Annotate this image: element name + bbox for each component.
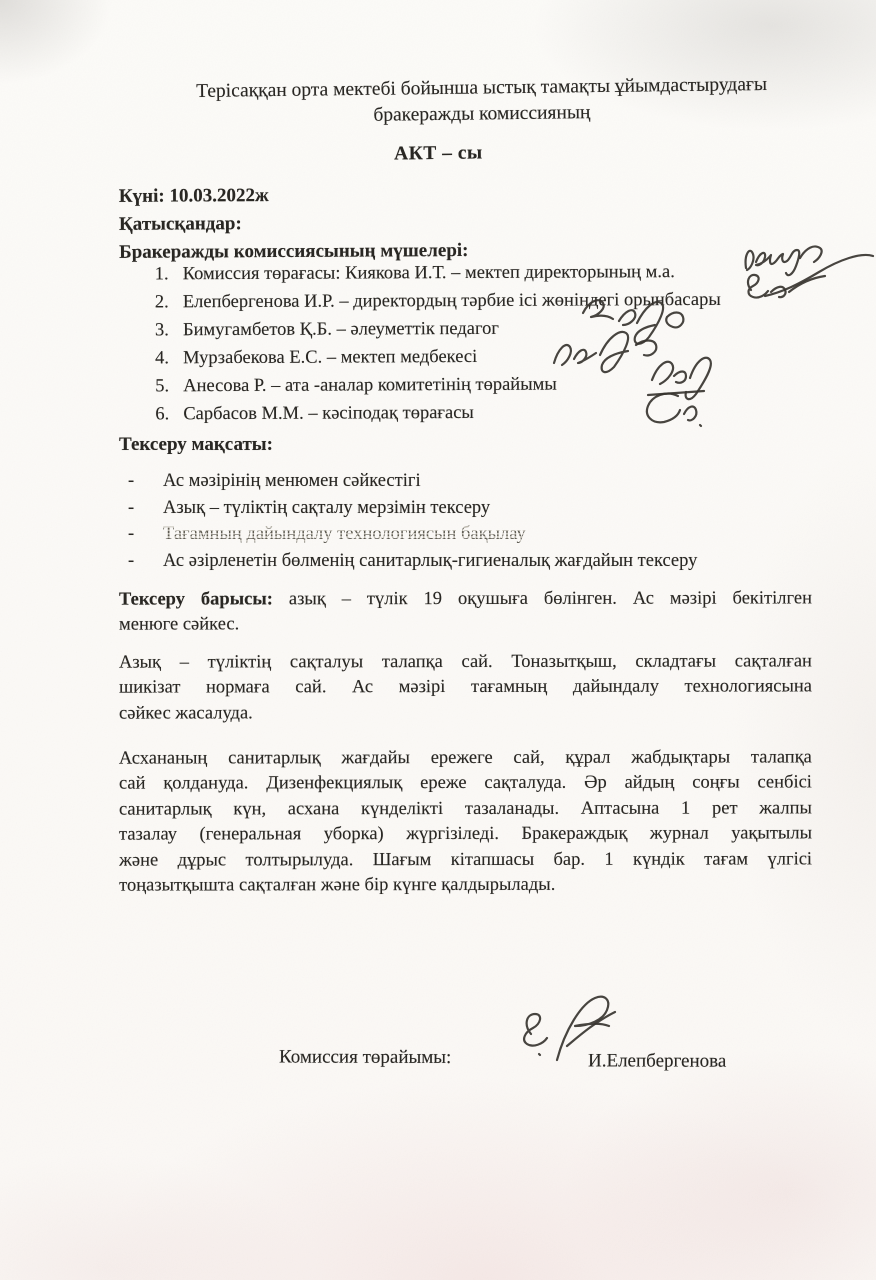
- paragraph-line: сай қолдануда. Дизенфекциялық ереже сақт…: [119, 771, 812, 798]
- purpose-label: Тексеру мақсаты:: [119, 432, 812, 458]
- member-row: 2. Елепбергенова И.Р. – директордың тәрб…: [119, 285, 812, 316]
- paragraph-line: тазалау (генеральная уборка) жүргізіледі…: [119, 822, 812, 849]
- members-list: 1. Комиссия төрағасы: Киякова И.Т. – мек…: [119, 257, 813, 428]
- sanitary-paragraph: Асхананың санитарлық жағдайы ережеге сай…: [119, 745, 812, 899]
- purpose-item-text: Ас мәзірінің менюмен сәйкестігі: [163, 468, 421, 495]
- bullet-dash: -: [119, 468, 163, 495]
- member-row: 5. Анесова Р. – ата -аналар комитетінің …: [119, 369, 812, 400]
- purpose-item-text-faded: Тағамның дайындалу технологиясын бақылау: [163, 521, 526, 548]
- progress-line: Тексеру барысы: азық – түлік 19 оқушыға …: [119, 586, 812, 613]
- member-text: Комиссия төрағасы: Киякова И.Т. – мектеп…: [183, 258, 675, 288]
- paragraph-line: санитарлық күн, асхана күнделікті тазала…: [119, 796, 812, 823]
- date-line: Күні: 10.03.2022ж: [119, 179, 812, 211]
- purpose-item-text: Ас әзірленетін бөлменің санитарлық-гигие…: [163, 548, 697, 575]
- member-text: Елепбергенова И.Р. – директордың тәрбие …: [183, 286, 721, 316]
- scanned-document-page: Терісаққан орта мектебі бойынша ыстық та…: [0, 0, 876, 1280]
- paragraph-line: тоңазытқышта сақталған және бір күнге қа…: [119, 872, 812, 899]
- document-content: Терісаққан орта мектебі бойынша ыстық та…: [0, 0, 876, 1087]
- paragraph-line: Асхананың санитарлық жағдайы ережеге сай…: [119, 745, 812, 772]
- member-row: 4. Мурзабекова Е.С. – мектеп медбекесі: [119, 341, 812, 372]
- purpose-item: - Ас әзірленетін бөлменің санитарлық-гиг…: [119, 548, 812, 575]
- purpose-item: - Тағамның дайындалу технологиясын бақыл…: [119, 521, 812, 548]
- bullet-dash: -: [119, 495, 163, 522]
- purpose-item: - Ас мәзірінің менюмен сәйкестігі: [119, 468, 812, 495]
- member-number: 2.: [155, 288, 183, 316]
- member-text: Анесова Р. – ата -аналар комитетінің төр…: [183, 371, 557, 401]
- member-number: 4.: [155, 344, 183, 372]
- member-text: Бимугамбетов Қ.Б. – әлеуметтік педагог: [183, 315, 499, 344]
- paragraph-line: сәйкес жасалуда.: [119, 700, 812, 727]
- purpose-item: - Азық – түліктің сақталу мерзімін тексе…: [119, 495, 812, 522]
- footer-name: И.Елепбергенова: [588, 1051, 726, 1073]
- member-row: 3. Бимугамбетов Қ.Б. – әлеуметтік педаго…: [119, 313, 812, 344]
- document-meta: Күні: 10.03.2022ж Қатысқандар: Бракеражд…: [119, 179, 812, 267]
- storage-paragraph: Азық – түліктің сақталуы талапқа сай. То…: [119, 649, 812, 726]
- member-number: 1.: [155, 260, 183, 288]
- progress-line: менюге сәйкес.: [119, 612, 812, 639]
- bullet-dash: -: [119, 548, 163, 575]
- participants-label: Қатысқандар:: [119, 207, 812, 239]
- signature-footer: Комиссия төрайымы: И.Елепбергенова: [119, 1047, 812, 1089]
- member-number: 3.: [155, 316, 183, 344]
- member-number: 5.: [155, 372, 183, 400]
- member-number: 6.: [155, 400, 183, 428]
- progress-label: Тексеру барысы:: [119, 589, 273, 609]
- member-row: 1. Комиссия төрағасы: Киякова И.Т. – мек…: [119, 257, 812, 288]
- progress-text: азық – түлік 19 оқушыға бөлінген. Ас мәз…: [273, 588, 812, 609]
- act-title: АКТ – сы: [88, 136, 876, 172]
- document-header: Терісаққан орта мектебі бойынша ыстық та…: [0, 71, 876, 173]
- paragraph-line: Азық – түліктің сақталуы талапқа сай. То…: [119, 649, 812, 676]
- footer-label: Комиссия төрайымы:: [279, 1047, 451, 1069]
- bullet-dash: -: [119, 521, 163, 548]
- member-text: Сарбасов М.М. – кәсіподақ төрағасы: [183, 399, 474, 428]
- paragraph-line: шикізат нормаға сай. Ас мәзірі тағамның …: [119, 675, 812, 702]
- purpose-item-text: Азық – түліктің сақталу мерзімін тексеру: [163, 495, 490, 522]
- progress-paragraph: Тексеру барысы: азық – түлік 19 оқушыға …: [119, 586, 812, 638]
- member-text: Мурзабекова Е.С. – мектеп медбекесі: [183, 343, 477, 372]
- purpose-list: - Ас мәзірінің менюмен сәйкестігі - Азық…: [119, 468, 812, 574]
- paragraph-line: және дұрыс толтырылуда. Шағым кітапшасы …: [119, 847, 812, 874]
- member-row: 6. Сарбасов М.М. – кәсіподақ төрағасы: [119, 397, 812, 428]
